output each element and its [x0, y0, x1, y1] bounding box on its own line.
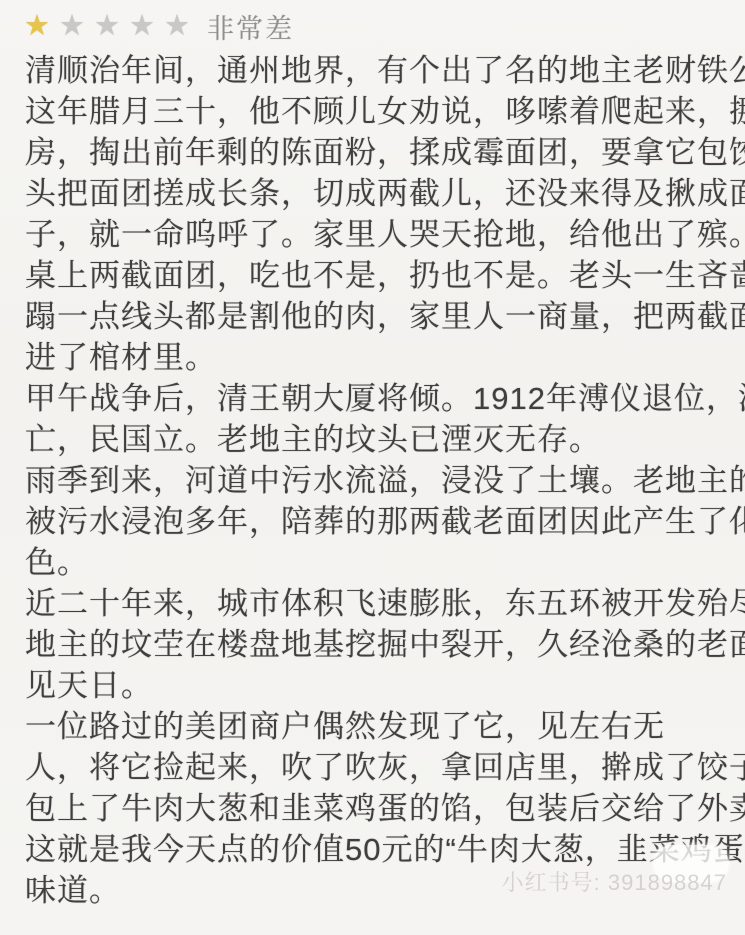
review-line: 包上了牛肉大葱和韭菜鸡蛋的馅，包装后交给了外卖员。: [25, 788, 725, 829]
review-body: 清顺治年间，通州地界，有个出了名的地主老财铁公鸡。 这年腊月三十，他不顾儿女劝说…: [25, 50, 725, 911]
review-line: 地主的坟茔在楼盘地基挖掘中裂开，久经沧桑的老面团重: [25, 624, 725, 665]
star-empty-icon: ★: [59, 11, 85, 41]
review-line: 桌上两截面团，吃也不是，扔也不是。老头一生吝啬，糟: [25, 255, 725, 296]
review-line: 这就是我今天点的价值50元的“牛肉大葱，韭菜鸡蛋”的: [25, 829, 725, 870]
review-line: 雨季到来，河道中污水流溢，浸没了土壤。老地主的棺椁: [25, 460, 725, 501]
star-empty-icon: ★: [129, 11, 155, 41]
review-line: 甲午战争后，清王朝大厦将倾。1912年溥仪退位，清国: [25, 378, 725, 419]
review-line: 色。: [25, 542, 725, 583]
star-empty-icon: ★: [94, 11, 120, 41]
review-line: 见天日。: [25, 665, 725, 706]
star-filled-icon: ★: [24, 11, 50, 41]
review-line: 亡，民国立。老地主的坟头已湮灭无存。: [25, 419, 725, 460]
watermark-id: 小红书号: 391898847: [502, 866, 727, 897]
review-line: 近二十年来，城市体积飞速膨胀，东五环被开发殆尽，老: [25, 583, 725, 624]
review-line: 房，掏出前年剩的陈面粉，揉成霉面团，要拿它包饺子老: [25, 132, 725, 173]
review-line: 一位路过的美团商户偶然发现了它，见左右无: [25, 706, 725, 747]
review-line: 被污水浸泡多年，陪葬的那两截老面团因此产生了化学沁: [25, 501, 725, 542]
review-line: 子，就一命呜呼了。家里人哭天抢地，给他出了殡。剩下: [25, 214, 725, 255]
review-line: 清顺治年间，通州地界，有个出了名的地主老财铁公鸡。: [25, 50, 725, 91]
star-rating: ★ ★ ★ ★ ★ 非常差: [24, 10, 294, 42]
review-card: ★ ★ ★ ★ ★ 非常差 清顺治年间，通州地界，有个出了名的地主老财铁公鸡。 …: [0, 0, 745, 935]
review-line: 人，将它捡起来，吹了吹灰，拿回店里，擀成了饺子皮，: [25, 747, 725, 788]
review-line: 蹋一点线头都是割他的肉，家里人一商量，把两截面陪葬: [25, 296, 725, 337]
review-line: 这年腊月三十，他不顾儿女劝说，哆嗦着爬起来，挪到厨: [25, 91, 725, 132]
rating-label: 非常差: [207, 7, 294, 46]
review-line: 进了棺材里。: [25, 337, 725, 378]
review-line: 头把面团搓成长条，切成两截儿，还没来得及揪成面剂: [25, 173, 725, 214]
star-empty-icon: ★: [164, 11, 190, 41]
